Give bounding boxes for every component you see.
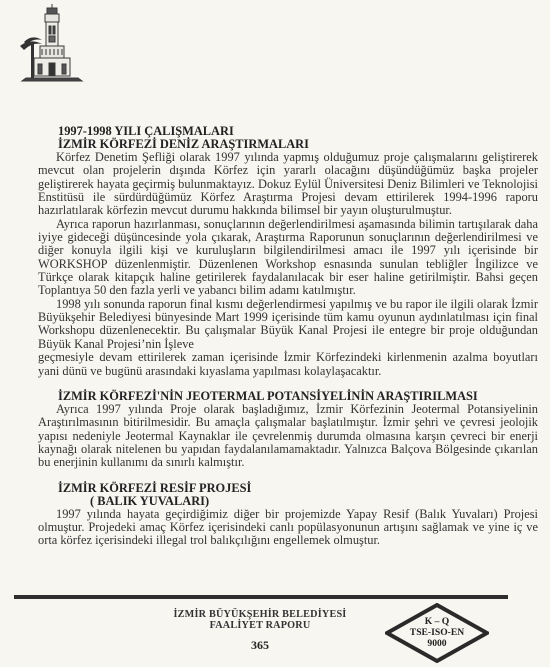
- document-body: 1997-1998 YILI ÇALIŞMALARI İZMİR KÖRFEZİ…: [38, 125, 538, 548]
- page-number: 365: [238, 638, 282, 653]
- cert-line: TSE-ISO-EN: [385, 627, 489, 638]
- cert-line: 9000: [385, 638, 489, 649]
- paragraph: Ayrıca 1997 yılında Proje olarak başladı…: [38, 403, 538, 470]
- paragraph: 1998 yılı sonunda raporun final kısmı de…: [38, 298, 538, 351]
- paragraph: Ayrıca raporun hazırlanması, sonuçlarını…: [38, 218, 538, 298]
- paragraph: geçmesiyle devam ettirilerek zaman içeri…: [38, 351, 538, 378]
- certification-text: K – Q TSE-ISO-EN 9000: [385, 616, 489, 649]
- section-heading: İZMİR KÖRFEZİ'NİN JEOTERMAL POTANSİYELİN…: [38, 390, 538, 403]
- cert-line: K – Q: [385, 616, 489, 627]
- paragraph: 1997 yılında hayata geçirdiğimiz diğer b…: [38, 508, 538, 548]
- section-heading: İZMİR KÖRFEZİ RESİF PROJESİ: [38, 482, 538, 495]
- paragraph: Körfez Denetim Şefliği olarak 1997 yılın…: [38, 151, 538, 218]
- clock-tower-icon: [16, 2, 88, 84]
- footer-org-name: İZMİR BÜYÜKŞEHİR BELEDİYESİ: [150, 609, 370, 620]
- section-resif: İZMİR KÖRFEZİ RESİF PROJESİ ( BALIK YUVA…: [38, 482, 538, 548]
- section-deniz-arastirmalari: 1997-1998 YILI ÇALIŞMALARI İZMİR KÖRFEZİ…: [38, 125, 538, 378]
- section-jeotermal: İZMİR KÖRFEZİ'NİN JEOTERMAL POTANSİYELİN…: [38, 390, 538, 470]
- section-subheading: ( BALIK YUVALARI): [38, 495, 538, 508]
- footer-divider: [14, 595, 508, 599]
- footer-report-name: FAALİYET RAPORU: [150, 620, 370, 631]
- footer-organization: İZMİR BÜYÜKŞEHİR BELEDİYESİ FAALİYET RAP…: [150, 609, 370, 631]
